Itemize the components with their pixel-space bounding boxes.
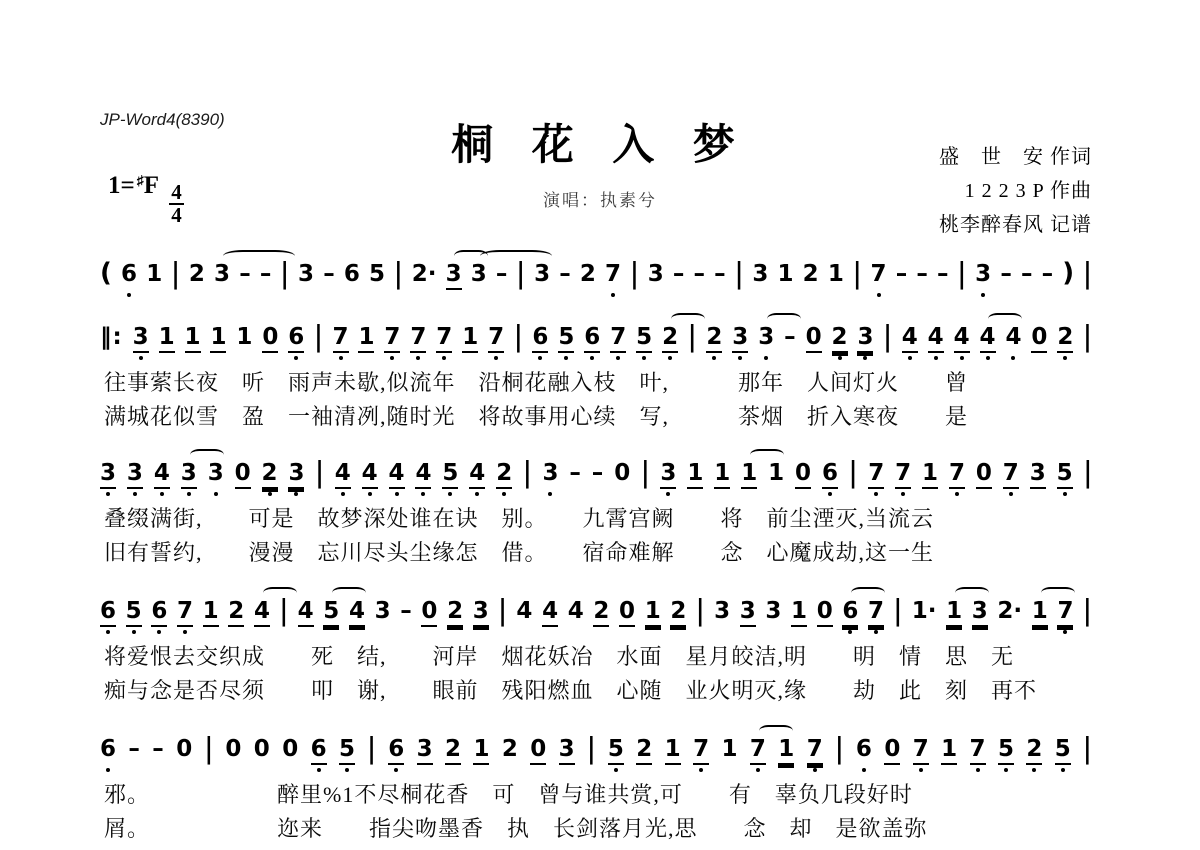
- octave-dot-below: [611, 293, 615, 297]
- note: –: [714, 263, 726, 288]
- note: 4: [154, 462, 170, 489]
- barline: |: [1084, 459, 1092, 490]
- note: 3: [1030, 462, 1046, 489]
- note: 3: [758, 326, 774, 351]
- note: 3: [127, 462, 143, 489]
- note: 2·: [412, 263, 437, 288]
- note: 0: [884, 738, 900, 765]
- barline: |: [630, 260, 638, 291]
- barline: |: [280, 597, 288, 628]
- note: 4: [568, 600, 584, 625]
- note: 5: [339, 738, 355, 765]
- note: 1: [203, 600, 219, 627]
- octave-dot-below: [1061, 768, 1065, 772]
- note: 3: [740, 600, 756, 627]
- barline: |: [696, 597, 704, 628]
- note: 1·: [912, 600, 937, 625]
- key-prefix: 1=: [108, 172, 135, 199]
- note: (: [100, 260, 112, 288]
- note: 4: [335, 462, 351, 489]
- octave-dot-below: [981, 293, 985, 297]
- note: 2: [496, 462, 512, 489]
- note: 3: [133, 326, 149, 353]
- note: 7: [410, 326, 426, 353]
- octave-dot-below: [187, 492, 191, 496]
- lyrics-line-3b: 痴与念是否尽须 叩 谢, 眼前 残阳燃血 心随 业火明灭,缘 劫 此 刻 再不: [104, 674, 1104, 705]
- note: 4: [415, 462, 431, 489]
- note: –: [400, 600, 412, 625]
- note: 7: [177, 600, 193, 627]
- note: 3: [732, 326, 748, 353]
- note: 1: [721, 738, 737, 763]
- note: 3: [648, 263, 664, 288]
- credit-composer: 1 2 2 3 P 作曲: [939, 174, 1092, 208]
- note: 5: [1057, 462, 1073, 489]
- note: –: [323, 263, 335, 288]
- lyrics-line-4b: 屑。 迩来 指尖吻墨香 执 长剑落月光,思 念 却 是欲盖弥: [104, 812, 1104, 843]
- note: 1: [741, 462, 757, 489]
- octave-dot-below: [442, 356, 446, 360]
- note: 3: [471, 263, 487, 288]
- note: 2: [803, 263, 819, 288]
- note: –: [673, 263, 685, 288]
- note: 7: [1003, 462, 1019, 489]
- note: 6: [822, 462, 838, 489]
- note: 0: [619, 600, 635, 627]
- note: 7: [868, 600, 884, 627]
- note: 6: [100, 738, 116, 763]
- octave-dot-below: [395, 492, 399, 496]
- note: 4: [254, 600, 270, 627]
- note: 0: [254, 738, 270, 763]
- note: 4: [389, 462, 405, 489]
- note: 5: [998, 738, 1014, 765]
- octave-dot-below: [475, 492, 479, 496]
- note: 2: [662, 326, 678, 353]
- time-signature: 44: [169, 183, 184, 225]
- note: 4: [362, 462, 378, 489]
- octave-dot-below: [139, 356, 143, 360]
- barline: |: [1083, 735, 1091, 766]
- note: 5: [558, 326, 574, 353]
- octave-dot-below: [960, 356, 964, 360]
- octave-dot-below: [874, 492, 878, 496]
- note: 6: [151, 600, 167, 627]
- octave-dot-below: [908, 356, 912, 360]
- note: 7: [949, 462, 965, 489]
- barline: |: [958, 260, 966, 291]
- barline: |: [641, 459, 649, 490]
- note: 5: [608, 738, 624, 765]
- octave-dot-below: [666, 492, 670, 496]
- notes-line-1: ‖:3111106|7177717|656752|233–023|4444402…: [100, 326, 1092, 353]
- note: 4: [902, 326, 918, 353]
- octave-dot-below: [874, 630, 878, 634]
- note: 1: [828, 263, 844, 288]
- note: 7: [610, 326, 626, 353]
- note: 6: [388, 738, 404, 765]
- note: 7: [333, 326, 349, 353]
- note: 2: [189, 263, 205, 288]
- note: 5: [442, 462, 458, 489]
- lyrics-line-2a: 叠缀满街, 可是 故梦深处谁在诀 别。 九霄宫阙 将 前尘湮灭,当流云: [104, 502, 1104, 533]
- lyrics-line-3a: 将爱恨去交织成 死 结, 河岸 烟花妖冶 水面 星月皎洁,明 明 情 思 无: [104, 640, 1104, 671]
- note: 0: [530, 738, 546, 765]
- note: 1: [922, 462, 938, 489]
- note: 7: [913, 738, 929, 765]
- notes-line-3: 6567124|4543–023|4442012|3331067|1·132·1…: [100, 600, 1092, 627]
- note: 2: [706, 326, 722, 353]
- octave-dot-below: [934, 356, 938, 360]
- note: 0: [176, 738, 192, 763]
- note: 1: [358, 326, 374, 353]
- note: –: [784, 326, 796, 351]
- barline: |: [587, 735, 595, 766]
- barline: |: [894, 597, 902, 628]
- octave-dot-below: [368, 492, 372, 496]
- barline: |: [883, 323, 891, 354]
- note: 1: [778, 738, 794, 765]
- note: 2: [580, 263, 596, 288]
- notes-line-2: 33433023|4444542|3––0|3111106|77170735|: [100, 462, 1092, 489]
- note: 1: [645, 600, 661, 627]
- octave-dot-below: [214, 492, 218, 496]
- note: –: [592, 462, 604, 487]
- note: 5: [369, 263, 385, 288]
- octave-dot-below: [394, 768, 398, 772]
- barline: |: [849, 459, 857, 490]
- note: 7: [807, 738, 823, 765]
- credits-block: 盛 世 安 作词 1 2 2 3 P 作曲 桃李醉春风 记谱: [939, 140, 1092, 242]
- notes-line-intro: (61|23––|3–65|2·33–|3–27|3–––|3121|7–––|…: [100, 260, 1092, 290]
- note: 7: [1057, 600, 1073, 627]
- octave-dot-below: [738, 356, 742, 360]
- barline: |: [498, 597, 506, 628]
- barline: |: [835, 735, 843, 766]
- note: 7: [693, 738, 709, 765]
- note: 1: [665, 738, 681, 765]
- barline: |: [171, 260, 179, 291]
- sheet-music-page: JP-Word4(8390) 桐 花 入 梦 演唱：执素兮 1=♯F44 盛 世…: [0, 0, 1200, 850]
- octave-dot-below: [955, 492, 959, 496]
- note: 0: [1031, 326, 1047, 353]
- note: 1: [791, 600, 807, 627]
- note: 5: [126, 600, 142, 627]
- note: 2: [502, 738, 518, 763]
- octave-dot-below: [848, 630, 852, 634]
- octave-dot-below: [421, 492, 425, 496]
- note: 0: [976, 462, 992, 489]
- note: 7: [436, 326, 452, 353]
- note: 1: [768, 462, 784, 487]
- note: 4: [954, 326, 970, 353]
- note: 0: [235, 462, 251, 489]
- octave-dot-below: [1063, 630, 1067, 634]
- note: –: [559, 263, 571, 288]
- key-letter: F: [144, 172, 159, 199]
- time-bottom: 4: [171, 206, 182, 225]
- octave-dot-below: [390, 356, 394, 360]
- note: –: [128, 738, 140, 763]
- note: 3: [534, 263, 550, 288]
- note: 4: [516, 600, 532, 625]
- barline: |: [315, 459, 323, 490]
- octave-dot-below: [1009, 492, 1013, 496]
- note: 3: [375, 600, 391, 625]
- sharp-sign: ♯: [137, 174, 144, 189]
- octave-dot-below: [416, 356, 420, 360]
- octave-dot-below: [1011, 356, 1015, 360]
- note: 3: [972, 600, 988, 627]
- note: 6: [100, 600, 116, 627]
- octave-dot-below: [160, 492, 164, 496]
- note: 4: [469, 462, 485, 489]
- octave-dot-below: [919, 768, 923, 772]
- note: 6: [856, 738, 872, 763]
- octave-dot-below: [668, 356, 672, 360]
- octave-dot-below: [838, 356, 842, 360]
- note: 0: [421, 600, 437, 627]
- note: 1: [473, 738, 489, 765]
- note: 1: [941, 738, 957, 765]
- note: 6: [584, 326, 600, 353]
- octave-dot-below: [345, 768, 349, 772]
- note: 6: [842, 600, 858, 627]
- octave-dot-below: [863, 356, 867, 360]
- octave-dot-below: [901, 492, 905, 496]
- note: 5: [323, 600, 339, 627]
- note: 3: [288, 462, 304, 489]
- note: 4: [1005, 326, 1021, 351]
- octave-dot-below: [127, 293, 131, 297]
- octave-dot-below: [764, 356, 768, 360]
- note: –: [569, 462, 581, 487]
- key-signature: 1=♯F44: [108, 172, 184, 225]
- barline: |: [1083, 260, 1091, 291]
- note: 2: [670, 600, 686, 627]
- note: 2: [1026, 738, 1042, 765]
- octave-dot-below: [106, 768, 110, 772]
- note: 1: [778, 263, 794, 288]
- note: 3: [752, 263, 768, 288]
- note: 1: [1032, 600, 1048, 627]
- note: 4: [349, 600, 365, 627]
- lyrics-line-2b: 旧有誓约, 漫漫 忘川尽头尘缘怎 借。 宿命难解 念 心魔成劫,这一生: [104, 536, 1104, 567]
- note: 6: [121, 263, 137, 288]
- note: 7: [895, 462, 911, 489]
- octave-dot-below: [616, 356, 620, 360]
- note: 3: [298, 263, 314, 288]
- note: 3: [214, 263, 230, 288]
- barline: |: [394, 260, 402, 291]
- credit-lyricist: 盛 世 安 作词: [939, 140, 1092, 174]
- note: 3: [100, 462, 116, 489]
- time-top: 4: [171, 183, 182, 202]
- note: 2: [262, 462, 278, 489]
- barline: |: [205, 735, 213, 766]
- repeat-sign: ‖:: [100, 326, 123, 351]
- note: –: [1042, 263, 1054, 288]
- octave-dot-below: [1032, 768, 1036, 772]
- note: 3: [446, 263, 462, 290]
- note: –: [896, 263, 908, 288]
- note: ): [1062, 260, 1074, 288]
- lyrics-line-1a: 往事萦长夜 听 雨声未歇,似流年 沿桐花融入枝 叶, 那年 人间灯火 曾: [104, 366, 1104, 397]
- note: 7: [384, 326, 400, 353]
- note: 4: [298, 600, 314, 627]
- note: 2: [832, 326, 848, 353]
- note: 0: [795, 462, 811, 489]
- octave-dot-below: [317, 768, 321, 772]
- barline: |: [735, 260, 743, 291]
- note: 2·: [997, 600, 1022, 625]
- note: 3: [417, 738, 433, 765]
- note: 3: [857, 326, 873, 353]
- barline: |: [517, 260, 525, 291]
- octave-dot-below: [339, 356, 343, 360]
- barline: |: [1083, 323, 1091, 354]
- note: 3: [559, 738, 575, 765]
- note: 3: [208, 462, 224, 487]
- octave-dot-below: [642, 356, 646, 360]
- note: 6: [311, 738, 327, 765]
- note: –: [916, 263, 928, 288]
- note: 1: [946, 600, 962, 627]
- octave-dot-below: [548, 492, 552, 496]
- octave-dot-below: [1004, 768, 1008, 772]
- octave-dot-below: [712, 356, 716, 360]
- note: –: [239, 263, 251, 288]
- barline: |: [514, 323, 522, 354]
- octave-dot-below: [614, 768, 618, 772]
- note: 3: [765, 600, 781, 625]
- barline: |: [523, 459, 531, 490]
- note: 7: [488, 326, 504, 353]
- octave-dot-below: [294, 492, 298, 496]
- octave-dot-below: [1063, 492, 1067, 496]
- note: 7: [750, 738, 766, 765]
- barline: |: [280, 260, 288, 291]
- octave-dot-below: [986, 356, 990, 360]
- note: –: [496, 263, 508, 288]
- note: 2: [228, 600, 244, 627]
- note: 1: [159, 326, 175, 353]
- note: 2: [636, 738, 652, 765]
- barline: |: [1083, 597, 1091, 628]
- note: 7: [868, 462, 884, 489]
- octave-dot-below: [756, 768, 760, 772]
- octave-dot-below: [106, 492, 110, 496]
- note: –: [694, 263, 706, 288]
- note: 7: [605, 263, 621, 288]
- note: –: [152, 738, 164, 763]
- octave-dot-below: [106, 630, 110, 634]
- note: 0: [817, 600, 833, 627]
- octave-dot-below: [132, 630, 136, 634]
- octave-dot-below: [877, 293, 881, 297]
- note: 2: [593, 600, 609, 627]
- octave-dot-below: [157, 630, 161, 634]
- note: 6: [288, 326, 304, 353]
- note: 3: [181, 462, 197, 489]
- octave-dot-below: [976, 768, 980, 772]
- note: 7: [871, 263, 887, 288]
- octave-dot-below: [268, 492, 272, 496]
- barline: |: [688, 323, 696, 354]
- barline: |: [853, 260, 861, 291]
- note: 6: [532, 326, 548, 353]
- note: 3: [473, 600, 489, 627]
- octave-dot-below: [699, 768, 703, 772]
- note: 2: [447, 600, 463, 627]
- note: 1: [687, 462, 703, 489]
- note: 3: [714, 600, 730, 625]
- note: 4: [980, 326, 996, 353]
- note: 2: [1057, 326, 1073, 353]
- note: 1: [236, 326, 252, 351]
- note: 6: [344, 263, 360, 288]
- octave-dot-below: [564, 356, 568, 360]
- octave-dot-below: [828, 492, 832, 496]
- note: 1: [462, 326, 478, 353]
- lyrics-line-1b: 满城花似雪 盈 一袖清冽,随时光 将故事用心续 写, 茶烟 折入寒夜 是: [104, 400, 1104, 431]
- note: –: [260, 263, 272, 288]
- octave-dot-below: [133, 492, 137, 496]
- note: 5: [1055, 738, 1071, 765]
- barline: |: [314, 323, 322, 354]
- octave-dot-below: [590, 356, 594, 360]
- note: 0: [806, 326, 822, 353]
- octave-dot-below: [813, 768, 817, 772]
- note: 0: [225, 738, 241, 763]
- octave-dot-below: [183, 630, 187, 634]
- octave-dot-below: [502, 492, 506, 496]
- note: 1: [210, 326, 226, 353]
- note: 2: [445, 738, 461, 765]
- octave-dot-below: [294, 356, 298, 360]
- note: 1: [185, 326, 201, 353]
- credit-transcriber: 桃李醉春风 记谱: [939, 208, 1092, 242]
- note: 1: [146, 263, 162, 288]
- note: 0: [262, 326, 278, 353]
- note: 1: [714, 462, 730, 489]
- barline: |: [367, 735, 375, 766]
- lyrics-line-4a: 邪。 醉里%1不尽桐花香 可 曾与谁共赏,可 有 辜负几段好时: [104, 778, 1104, 809]
- note: 7: [970, 738, 986, 765]
- note: 3: [542, 462, 558, 487]
- note: 4: [542, 600, 558, 627]
- notes-line-4: 6––0|00065|6321203|52171717|60717525|: [100, 738, 1092, 765]
- note: 5: [636, 326, 652, 353]
- note: –: [1021, 263, 1033, 288]
- note: –: [937, 263, 949, 288]
- octave-dot-below: [448, 492, 452, 496]
- octave-dot-below: [341, 492, 345, 496]
- octave-dot-below: [538, 356, 542, 360]
- note: –: [1000, 263, 1012, 288]
- note: 3: [660, 462, 676, 489]
- octave-dot-below: [1063, 356, 1067, 360]
- octave-dot-below: [494, 356, 498, 360]
- note: 0: [614, 462, 630, 487]
- note: 0: [282, 738, 298, 763]
- note: 4: [928, 326, 944, 353]
- octave-dot-below: [862, 768, 866, 772]
- note: 3: [975, 263, 991, 288]
